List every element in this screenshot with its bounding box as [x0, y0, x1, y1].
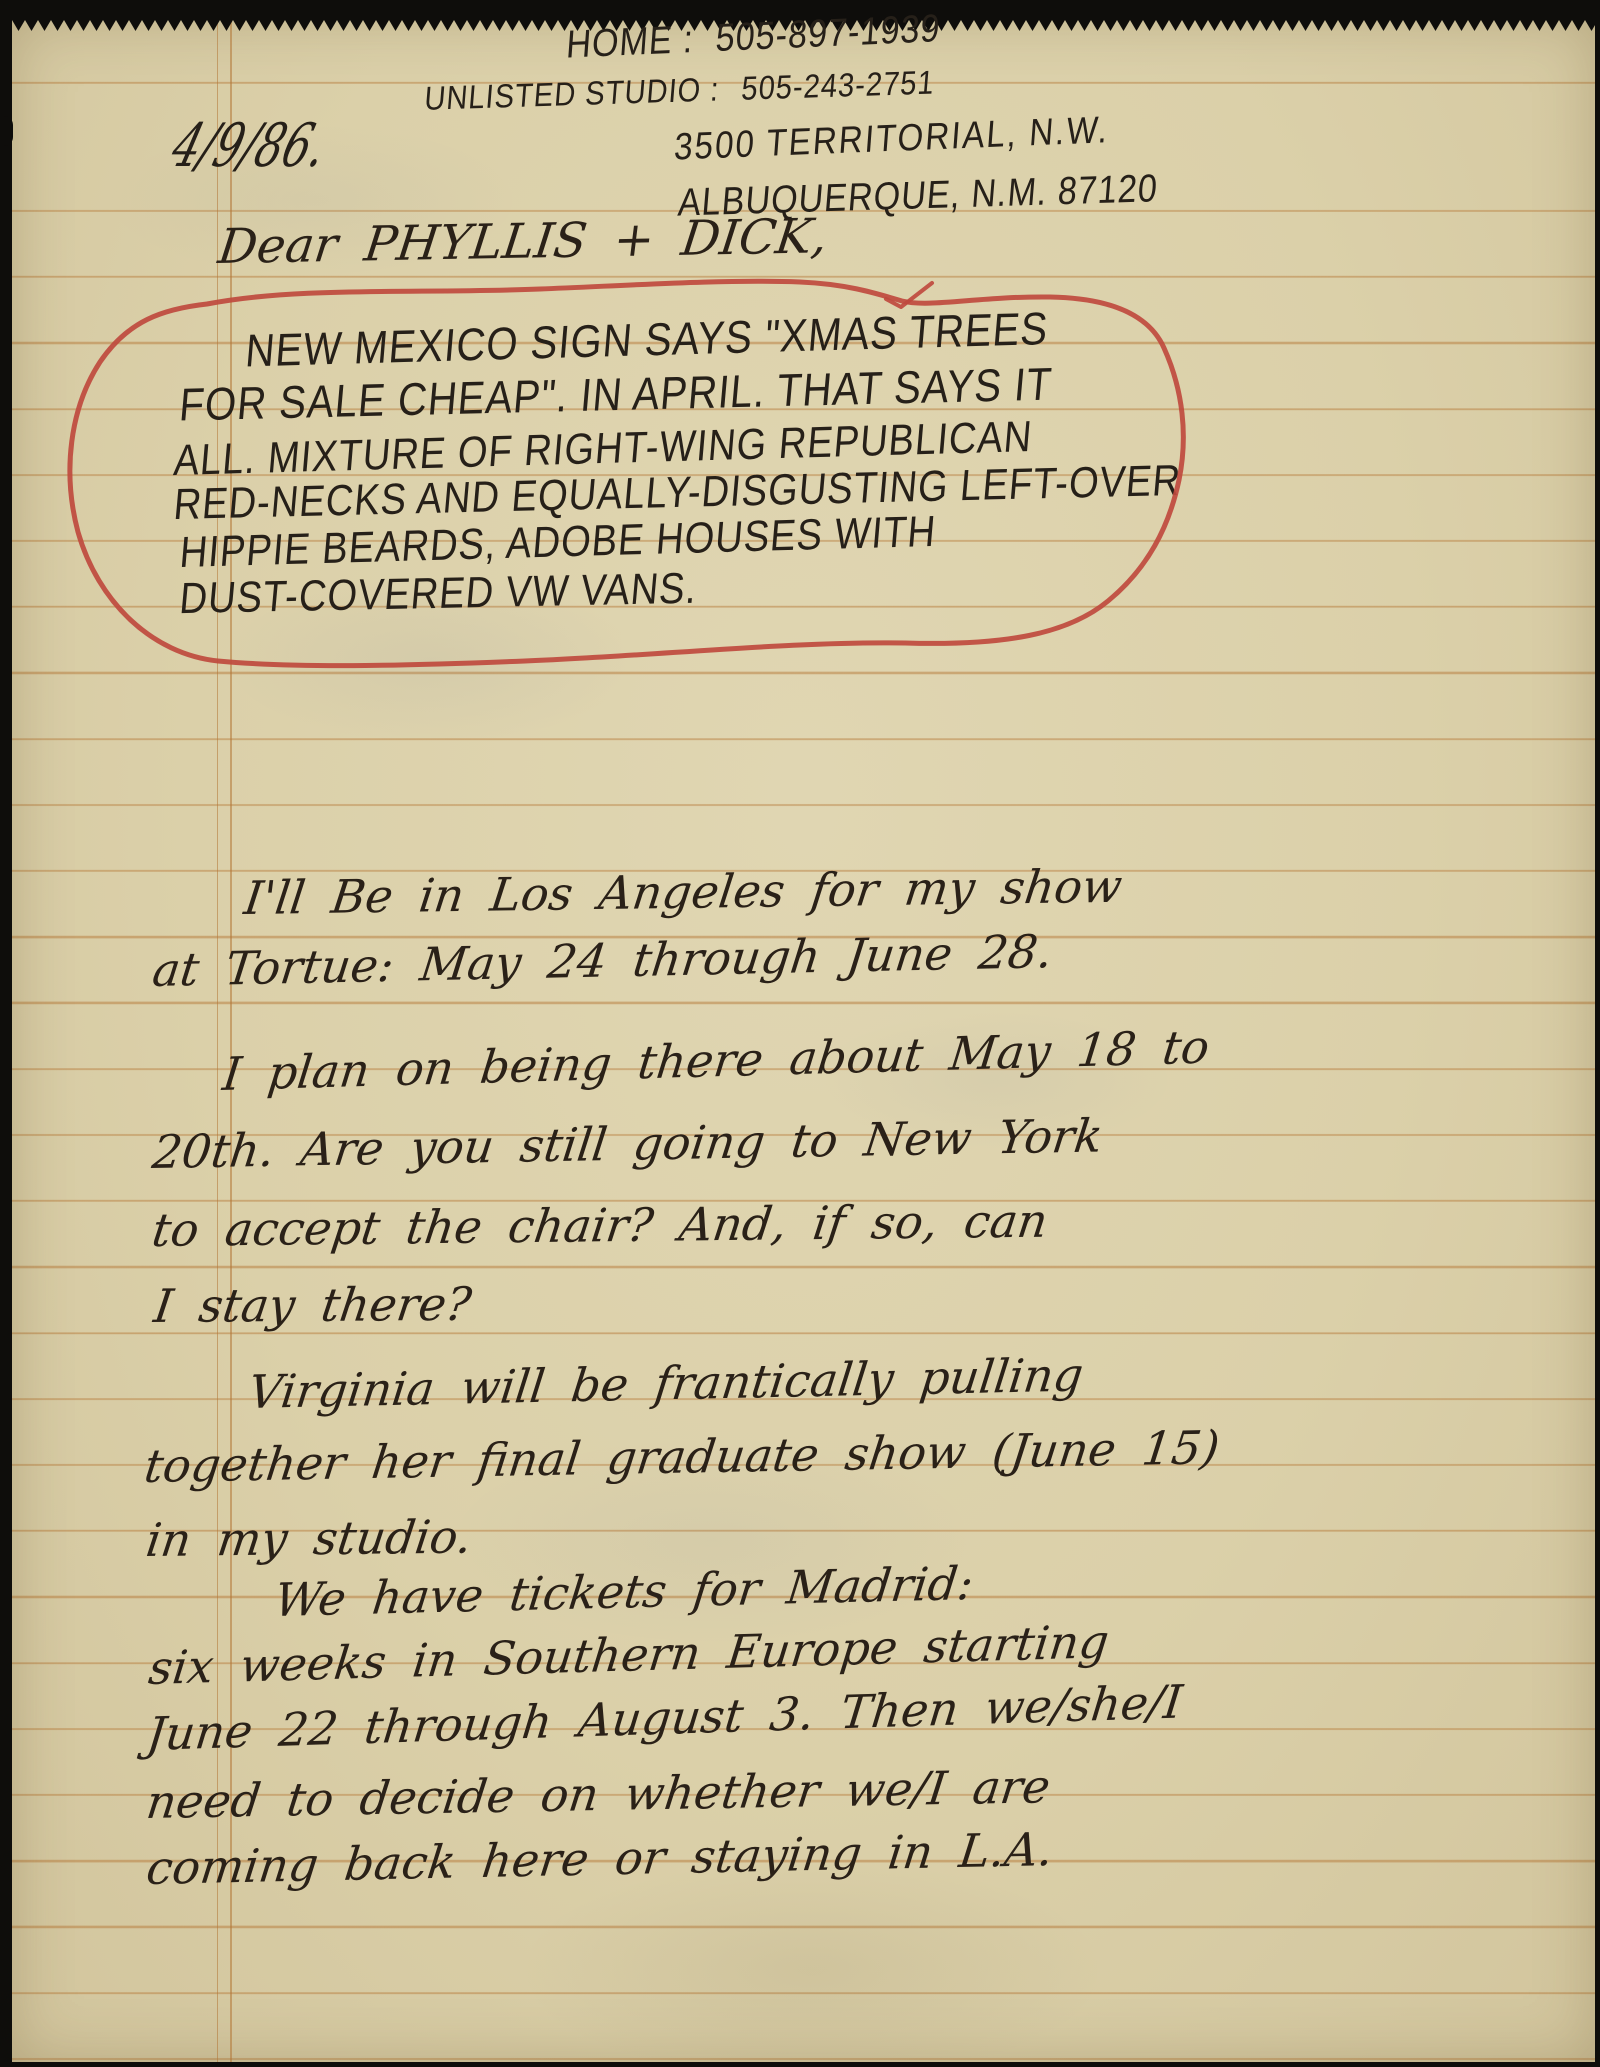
letter-page: { "document": { "type": "handwritten let…	[0, 0, 1600, 2067]
studio-phone-number: 505-243-2751	[740, 65, 936, 108]
paper-edge-nick	[0, 116, 13, 146]
body-line: I stay there?	[151, 1278, 475, 1333]
home-phone-number: 505-897-1939	[714, 7, 942, 61]
body-line: to accept the chair? And, if so, can	[149, 1195, 1051, 1257]
circled-line: DUST-COVERED VW VANS.	[177, 564, 699, 627]
body-line: in my studio.	[143, 1511, 475, 1567]
salutation: Dear PHYLLIS + DICK,	[215, 209, 830, 275]
letter-date: 4/9/86.	[164, 112, 335, 181]
studio-phone-label: UNLISTED STUDIO :	[423, 72, 721, 118]
home-phone-label: HOME :	[565, 18, 696, 67]
